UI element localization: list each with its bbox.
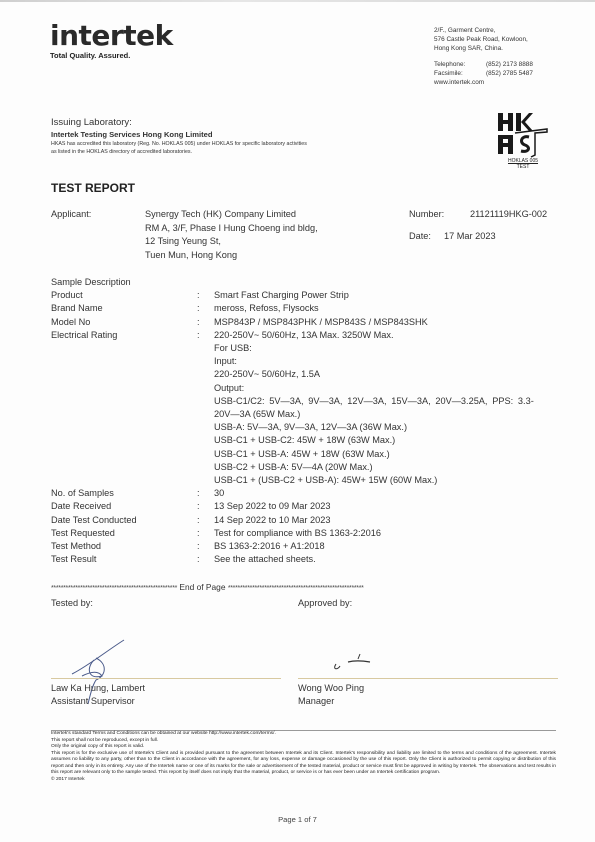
- approver-title: Manager: [298, 695, 364, 708]
- rating-line: 20V—3A (65W Max.): [214, 408, 561, 421]
- approved-by-label: Approved by:: [298, 598, 352, 608]
- field-value: 13 Sep 2022 to 09 Mar 2023: [214, 500, 561, 513]
- field-value: BS 1363-2:2016 + A1:2018: [214, 540, 561, 553]
- field-samples: No. of Samples : 30: [51, 487, 561, 500]
- field-value: Test for compliance with BS 1363-2:2016: [214, 527, 561, 540]
- tester-block: Law Ka Hung, Lambert Assistant Superviso…: [51, 682, 145, 708]
- address-line: 2/F., Garment Centre,: [434, 26, 533, 35]
- tester-name: Law Ka Hung, Lambert: [51, 682, 145, 695]
- tested-by-label: Tested by:: [51, 598, 93, 608]
- intertek-logo: intertek Total Quality. Assured.: [50, 22, 173, 60]
- tester-signature-line: [51, 678, 281, 679]
- rating-line: 220-250V~ 50/60Hz, 13A Max. 3250W Max.: [214, 329, 561, 342]
- rating-line: Input:: [214, 355, 561, 368]
- field-value: 30: [214, 487, 561, 500]
- end-of-page-marker: ****************************************…: [51, 582, 556, 592]
- report-meta: Number:21121119HKG-002 Date:17 Mar 2023: [409, 208, 547, 243]
- rating-line: USB-C2 + USB-A: 5V—4A (20W Max.): [214, 461, 561, 474]
- field-value: 14 Sep 2022 to 10 Mar 2023: [214, 514, 561, 527]
- rating-line: USB-A: 5V—3A, 9V—3A, 12V—3A (36W Max.): [214, 421, 561, 434]
- applicant-address: Synergy Tech (HK) Company Limited RM A, …: [145, 208, 385, 262]
- field-date-conducted: Date Test Conducted : 14 Sep 2022 to 10 …: [51, 514, 561, 527]
- approver-signature-line: [298, 678, 558, 679]
- star-divider: ****************************************…: [51, 585, 177, 592]
- company-address: 2/F., Garment Centre, 576 Castle Peak Ro…: [434, 26, 533, 87]
- sample-heading: Sample Description: [51, 276, 251, 289]
- applicant-line: RM A, 3/F, Phase I Hung Choeng ind bldg,: [145, 222, 385, 236]
- field-label: Product: [51, 289, 181, 302]
- field-label: Model No: [51, 316, 181, 329]
- approver-signature-icon: [330, 650, 380, 672]
- facsimile-value: (852) 2785 5487: [486, 69, 533, 78]
- field-label: No. of Samples: [51, 487, 181, 500]
- hoklas-mark: HOKLAS 005 TEST: [495, 111, 551, 173]
- issuing-laboratory: Issuing Laboratory: Intertek Testing Ser…: [51, 117, 311, 156]
- applicant-line: Synergy Tech (HK) Company Limited: [145, 208, 385, 222]
- star-divider: ****************************************…: [228, 585, 364, 592]
- rating-line: 220-250V~ 50/60Hz, 1.5A: [214, 368, 561, 381]
- scan-edge: [0, 0, 595, 2]
- applicant-line: 12 Tsing Yeung St,: [145, 235, 385, 249]
- copyright: © 2017 Intertek: [51, 777, 556, 784]
- field-model: Model No : MSP843P / MSP843PHK / MSP843S…: [51, 316, 561, 329]
- tester-title: Assistant Supervisor: [51, 695, 145, 708]
- report-page: intertek Total Quality. Assured. 2/F., G…: [0, 0, 595, 842]
- field-value: MSP843P / MSP843PHK / MSP843S / MSP843SH…: [214, 316, 561, 329]
- rating-line: USB-C1/C2: 5V—3A, 9V—3A, 12V—3A, 15V—3A,…: [214, 395, 561, 408]
- date-label: Date:: [409, 230, 444, 244]
- sample-description: Sample Description Product : Smart Fast …: [51, 276, 561, 566]
- report-date: 17 Mar 2023: [444, 231, 496, 241]
- terms-paragraph: This report is for the exclusive use of …: [51, 751, 556, 777]
- issuing-heading: Issuing Laboratory:: [51, 117, 311, 128]
- field-value: meross, Refoss, Flysocks: [214, 302, 561, 315]
- rating-line: Output:: [214, 382, 561, 395]
- accreditation-note: HKAS has accredited this laboratory (Reg…: [51, 141, 311, 156]
- field-label: Test Result: [51, 553, 181, 566]
- terms-and-conditions: Intertek's standard Terms and Conditions…: [51, 731, 556, 783]
- laboratory-name: Intertek Testing Services Hong Kong Limi…: [51, 130, 311, 139]
- logo-wordmark: intertek: [50, 22, 173, 50]
- field-label: Date Test Conducted: [51, 514, 181, 527]
- approver-name: Wong Woo Ping: [298, 682, 364, 695]
- field-test-requested: Test Requested : Test for compliance wit…: [51, 527, 561, 540]
- rating-line: USB-C1 + USB-C2: 45W + 18W (63W Max.): [214, 434, 561, 447]
- website-link[interactable]: www.intertek.com: [434, 78, 533, 87]
- rating-line: USB-C1 + (USB-C2 + USB-A): 45W+ 15W (60W…: [214, 474, 561, 487]
- field-label: Test Method: [51, 540, 181, 553]
- address-line: Hong Kong SAR, China.: [434, 44, 533, 53]
- field-brand: Brand Name : meross, Refoss, Flysocks: [51, 302, 561, 315]
- rating-line: USB-C1 + USB-A: 45W + 18W (63W Max.): [214, 448, 561, 461]
- end-of-page-text: End of Page: [177, 582, 228, 592]
- telephone-label: Telephone:: [434, 60, 486, 69]
- page-title: TEST REPORT: [51, 181, 135, 195]
- applicant-label: Applicant:: [51, 208, 131, 222]
- page-number: Page 1 of 7: [0, 815, 595, 824]
- address-line: 576 Castle Peak Road, Kowloon,: [434, 35, 533, 44]
- approver-block: Wong Woo Ping Manager: [298, 682, 364, 708]
- field-label: Test Requested: [51, 527, 181, 540]
- field-value: See the attached sheets.: [214, 553, 561, 566]
- field-value: Smart Fast Charging Power Strip: [214, 289, 561, 302]
- number-label: Number:: [409, 208, 470, 222]
- field-label: Date Received: [51, 500, 181, 513]
- field-product: Product : Smart Fast Charging Power Stri…: [51, 289, 561, 302]
- facsimile-label: Facsimile:: [434, 69, 486, 78]
- field-date-received: Date Received : 13 Sep 2022 to 09 Mar 20…: [51, 500, 561, 513]
- report-number: 21121119HKG-002: [470, 209, 547, 219]
- field-label: Electrical Rating: [51, 329, 181, 342]
- applicant-line: Tuen Mun, Hong Kong: [145, 249, 385, 263]
- field-electrical-rating: Electrical Rating : 220-250V~ 50/60Hz, 1…: [51, 329, 561, 487]
- telephone-value: (852) 2173 8888: [486, 60, 533, 69]
- hoklas-type: TEST: [495, 165, 551, 171]
- field-test-result: Test Result : See the attached sheets.: [51, 553, 561, 566]
- logo-tagline: Total Quality. Assured.: [50, 51, 173, 60]
- rating-line: For USB:: [214, 342, 561, 355]
- hoklas-logo-icon: [495, 111, 551, 159]
- field-label: Brand Name: [51, 302, 181, 315]
- field-test-method: Test Method : BS 1363-2:2016 + A1:2018: [51, 540, 561, 553]
